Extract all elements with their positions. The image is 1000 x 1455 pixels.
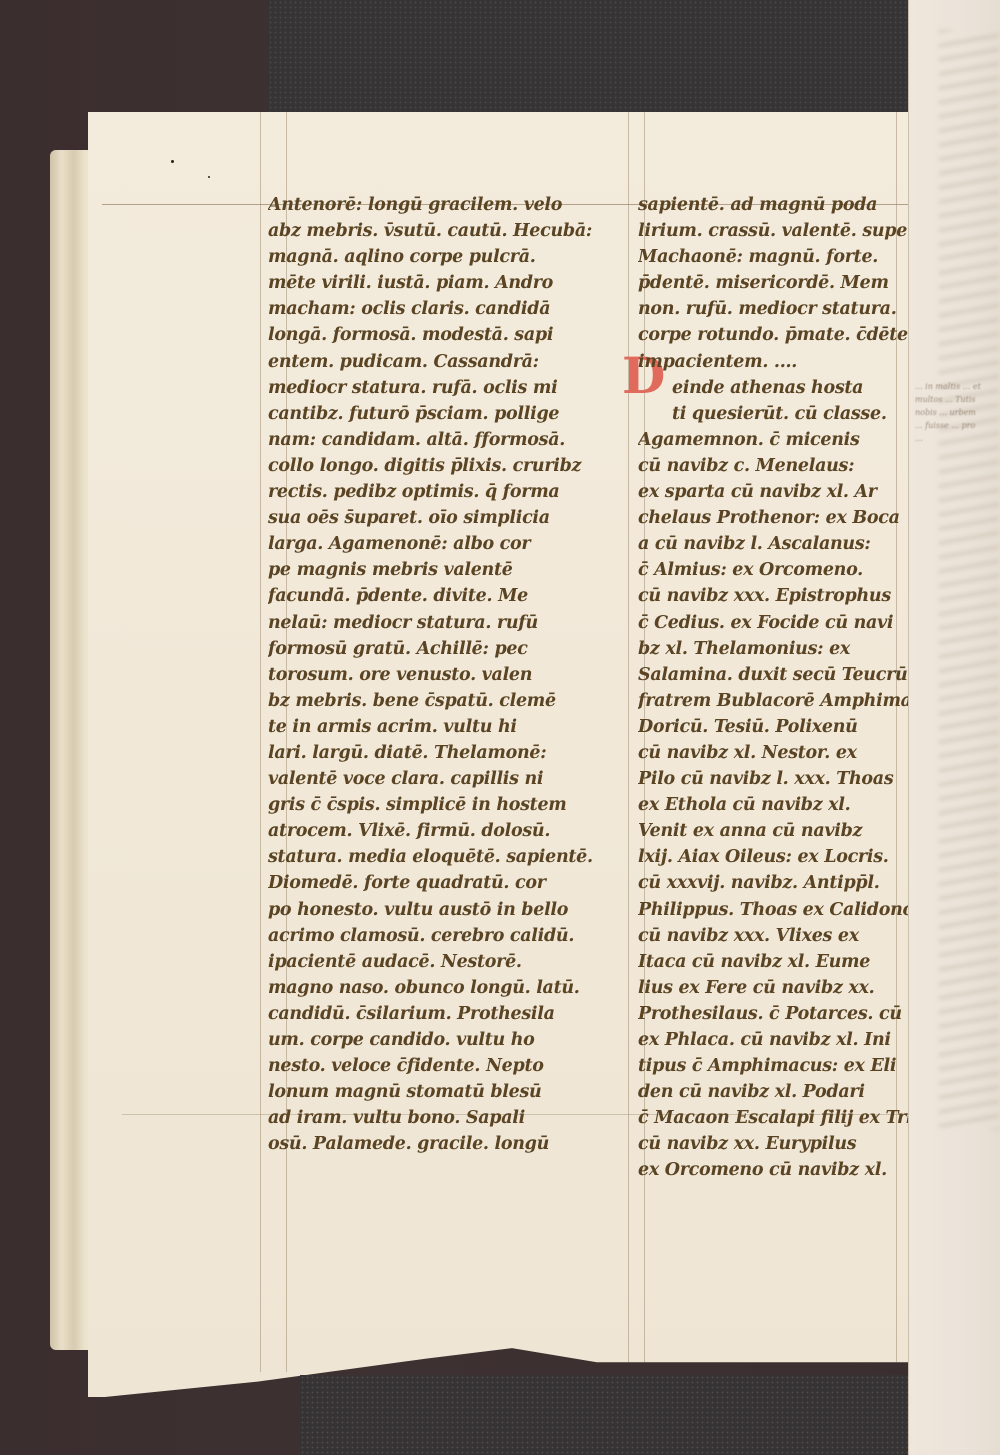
text-line: Pilo cū navibz l. xxx. Thoas: [638, 766, 910, 792]
text-line: gris c̄ c̄spis. simplicē in hostem: [268, 792, 618, 818]
text-line: Machaonē: magnū. forte.: [638, 244, 910, 270]
text-column-left: Antenorē: longū gracilem. velo abz mebri…: [268, 192, 618, 1157]
ruling-left-outer: [260, 112, 261, 1372]
text-line: mēte virili. iustā. piam. Andro: [268, 270, 618, 296]
text-line: fratrem Bublacorē Amphimacū.: [638, 688, 910, 714]
text-line: Prothesilaus. c̄ Potarces. cū: [638, 1001, 910, 1027]
text-line: abz mebris. v̄sutū. cautū. Hecubā:: [268, 218, 618, 244]
text-line: lxij. Aiax Oileus: ex Locris.: [638, 844, 910, 870]
text-line: Venit ex anna cū navibz: [638, 818, 910, 844]
foam-support-bottom: [300, 1375, 910, 1455]
text-line: bz xl. Thelamonius: ex: [638, 636, 910, 662]
text-line: ipacientē audacē. Nestorē.: [268, 949, 618, 975]
ink-speck: [171, 160, 174, 163]
text-line: lirium. crassū. valentē. superbū.: [638, 218, 910, 244]
text-line: osū. Palamede. gracile. longū: [268, 1131, 618, 1157]
text-line: tipus c̄ Amphimacus: ex Eli: [638, 1053, 910, 1079]
text-line: cū navibz xx. Eurypilus: [638, 1131, 910, 1157]
text-line: acrimo clamosū. cerebro calidū.: [268, 923, 618, 949]
text-line: bz mebris. bene c̄spatū. clemē: [268, 688, 618, 714]
text-line: cū navibz xl. Nestor. ex: [638, 740, 910, 766]
text-line: mediocr statura. rufā. oclis mi: [268, 375, 618, 401]
text-line: Agamemnon. c̄ micenis: [638, 427, 910, 453]
text-line: larga. Agamenonē: albo cor: [268, 531, 618, 557]
text-line: lius ex Fere cū navibz xx.: [638, 975, 910, 1001]
text-line: nelaū: mediocr statura. rufū: [268, 610, 618, 636]
text-line: ex Orcomeno cū navibz xl.: [638, 1157, 910, 1183]
text-line: magnā. aqlino corpe pulcrā.: [268, 244, 618, 270]
text-column-right: sapientē. ad magnū poda lirium. crassū. …: [638, 192, 910, 1184]
text-line: valentē voce clara. capillis ni: [268, 766, 618, 792]
ink-speck: [208, 176, 210, 178]
text-line: ad iram. vultu bono. Sapali: [268, 1105, 618, 1131]
text-line: facundā. p̄dente. divite. Me: [268, 583, 618, 609]
facing-page-blurred-text: [939, 30, 999, 1130]
text-line: c̄ Cedius. ex Focide cū navi: [638, 610, 910, 636]
foam-support-top: [268, 0, 948, 112]
text-line: magno naso. obunco longū. latū.: [268, 975, 618, 1001]
facing-page: ... in maltis ... et multos ... Tutis no…: [908, 0, 1000, 1455]
text-line: ex sparta cū navibz xl. Ar: [638, 479, 910, 505]
text-line: Itaca cū navibz xl. Eume: [638, 949, 910, 975]
text-line: lari. largū. diatē. Thelamonē:: [268, 740, 618, 766]
text-line: Doricū. Tesiū. Polixenū: [638, 714, 910, 740]
text-line: non. rufū. mediocr statura.: [638, 296, 910, 322]
text-line: einde athenas hosta: [638, 375, 910, 401]
text-line: cū navibz xxx. Epistrophus: [638, 583, 910, 609]
text-line: c̄ Macaon Escalapi filij ex Trico: [638, 1105, 910, 1131]
text-line: um. corpe candido. vultu ho: [268, 1027, 618, 1053]
text-line: Diomedē. forte quadratū. cor: [268, 870, 618, 896]
text-line: collo longo. digitis p̄lixis. cruribz: [268, 453, 618, 479]
text-line: cū navibz xxx. Vlixes ex: [638, 923, 910, 949]
text-line: a cū navibz l. Ascalanus:: [638, 531, 910, 557]
facing-page-text: ... in maltis ... et multos ... Tutis no…: [915, 380, 985, 445]
text-line: macham: oclis claris. candidā: [268, 296, 618, 322]
text-line: formosū gratū. Achillē: pec: [268, 636, 618, 662]
text-line: Philippus. Thoas ex Calidono: [638, 897, 910, 923]
text-line: chelaus Prothenor: ex Boca: [638, 505, 910, 531]
text-line: ex Ethola cū navibz xl.: [638, 792, 910, 818]
text-line: lonum magnū stomatū blesū: [268, 1079, 618, 1105]
text-line: candidū. c̄silarium. Prothesila: [268, 1001, 618, 1027]
ruling-center-left: [628, 112, 629, 1362]
text-line: c̄ Almius: ex Orcomeno.: [638, 557, 910, 583]
text-line: corpe rotundo. p̄mate. c̄dēte: [638, 322, 910, 348]
text-line: impacientem. ....: [638, 349, 910, 375]
text-line: ti quesierūt. cū classe.: [638, 401, 910, 427]
text-line: torosum. ore venusto. valen: [268, 662, 618, 688]
text-line: p̄dentē. misericordē. Mem: [638, 270, 910, 296]
text-line: te in armis acrim. vultu hi: [268, 714, 618, 740]
text-line: atrocem. Vlixē. firmū. dolosū.: [268, 818, 618, 844]
text-line: sapientē. ad magnū poda: [638, 192, 910, 218]
text-line: pe magnis mebris valentē: [268, 557, 618, 583]
text-line: po honesto. vultu austō in bello: [268, 897, 618, 923]
text-line: rectis. pedibz optimis. q̄ forma: [268, 479, 618, 505]
text-line: sua oēs s̄uparet. oīo simplicia: [268, 505, 618, 531]
text-line: Salamina. duxit secū Teucrū: [638, 662, 910, 688]
text-line: entem. pudicam. Cassandrā:: [268, 349, 618, 375]
text-line: Antenorē: longū gracilem. velo: [268, 192, 618, 218]
text-line: statura. media eloquētē. sapientē.: [268, 844, 618, 870]
text-line: cantibz. futurō p̄sciam. pollige: [268, 401, 618, 427]
text-line: nam: candidam. altā. fformosā.: [268, 427, 618, 453]
text-line: cū navibz c. Menelaus:: [638, 453, 910, 479]
text-line: nesto. veloce c̄fidente. Nepto: [268, 1053, 618, 1079]
text-line: ex Phlaca. cū navibz xl. Ini: [638, 1027, 910, 1053]
text-line: longā. formosā. modestā. sapi: [268, 322, 618, 348]
text-line: den cū navibz xl. Podari: [638, 1079, 910, 1105]
text-line: cū xxxvij. navibz. Antipp̄l.: [638, 870, 910, 896]
